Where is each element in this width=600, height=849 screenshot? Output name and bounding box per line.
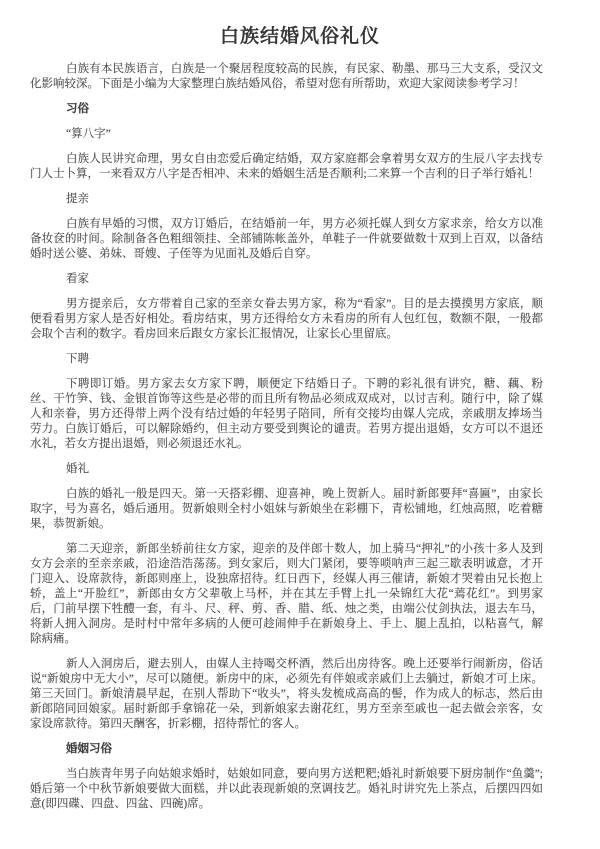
paragraph: 当白族青年男子向姑娘求婚时，姑娘如同意，要向男方送粑粑;婚礼时新娘要下厨房制作“… [30, 767, 543, 812]
page-title: 白族结婚风俗礼仪 [0, 0, 600, 48]
paragraph: 白族人民讲究命理，男女自由恋爱后确定结婚，双方家庭都会拿着男女双方的生辰八字去找… [30, 152, 543, 182]
paragraph: 白族有本民族语言，白族是一个聚居程度较高的民族，有民家、勒墨、那马三大支系，受汉… [30, 62, 543, 92]
document-body: 白族有本民族语言，白族是一个聚居程度较高的民族，有民家、勒墨、那马三大支系，受汉… [30, 62, 543, 812]
sub-heading: “算八字” [30, 127, 543, 142]
sub-heading: 提亲 [30, 192, 543, 207]
section-heading: 习俗 [30, 102, 543, 117]
paragraph: 白族有早婚的习惯，双方订婚后，在结婚前一年，男方必须托媒人到女方家求亲，给女方以… [30, 217, 543, 262]
sub-heading: 婚礼 [30, 462, 543, 477]
sub-heading: 看家 [30, 272, 543, 287]
document-page: 白族结婚风俗礼仪 白族有本民族语言，白族是一个聚居程度较高的民族，有民家、勒墨、… [0, 0, 600, 849]
paragraph: 男方提亲后，女方带着自己家的至亲女眷去男方家，称为“看家”。目的是去摸摸男方家底… [30, 297, 543, 342]
sub-heading: 下聘 [30, 352, 543, 367]
paragraph: 新人入洞房后，避去别人，由媒人主持喝交杯酒，然后出房待客。晚上还要举行闹新房，俗… [30, 657, 543, 732]
section-heading: 婚姻习俗 [30, 742, 543, 757]
paragraph: 白族的婚礼一般是四天。第一天搭彩棚、迎喜神，晚上贺新人。届时新郎要拜“喜匾”，由… [30, 487, 543, 532]
paragraph: 下聘即订婚。男方家去女方家下聘，顺便定下结婚日子。下聘的彩礼很有讲究，糖、藕、粉… [30, 377, 543, 452]
paragraph: 第二天迎亲，新郎坐轿前往女方家，迎亲的及伴郎十数人，加上骑马“押礼”的小孩十多人… [30, 542, 543, 647]
